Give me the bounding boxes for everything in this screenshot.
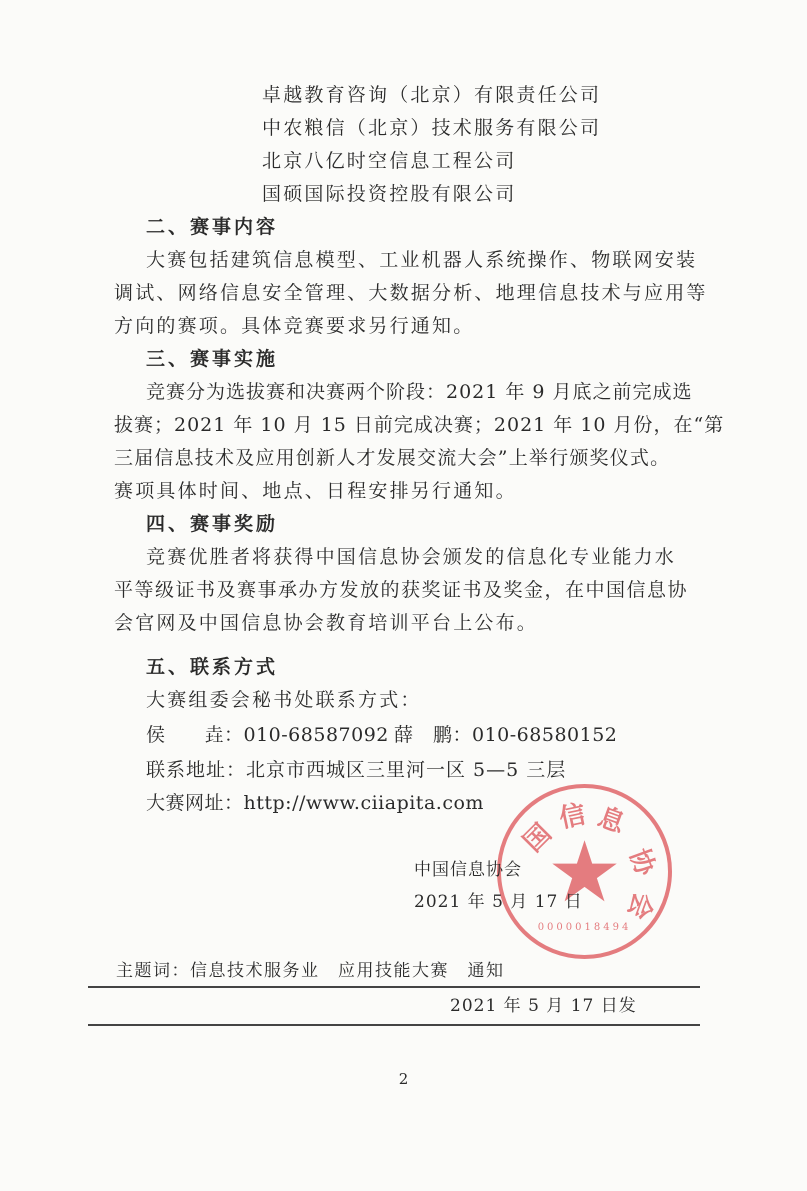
paragraph-line: 竞赛优胜者将获得中国信息协会颁发的信息化专业能力水: [146, 545, 676, 569]
section-heading: 三、赛事实施: [146, 347, 278, 371]
company-line: 卓越教育咨询（北京）有限责任公司: [262, 83, 601, 107]
contact-hou: 侯 垚：010-68587092: [146, 723, 389, 747]
divider: [88, 986, 700, 988]
paragraph-line: 竞赛分为选拔赛和决赛两个阶段：2021 年 9 月底之前完成选: [146, 380, 693, 404]
official-seal: ★ 国 信 息 协 会 0000018494: [497, 784, 672, 959]
company-line: 国硕国际投资控股有限公司: [262, 182, 516, 206]
contact-website: 大赛网址：http://www.ciiapita.com: [146, 791, 484, 815]
paragraph-line: 方向的赛项。具体竞赛要求另行通知。: [114, 314, 474, 338]
issue-date: 2021 年 5 月 17 日发: [450, 994, 637, 1018]
paragraph-line: 拔赛；2021 年 10 月 15 日前完成决赛；2021 年 10 月份，在“…: [114, 413, 724, 437]
signature-org: 中国信息协会: [414, 858, 522, 882]
contact-intro: 大赛组委会秘书处联系方式：: [146, 688, 422, 712]
signature-date: 2021 年 5 月 17 日: [414, 890, 583, 914]
company-line: 北京八亿时空信息工程公司: [262, 149, 516, 173]
paragraph-line: 调试、网络信息安全管理、大数据分析、地理信息技术与应用等: [114, 281, 708, 305]
section-heading: 五、联系方式: [146, 655, 278, 679]
contact-xue: 薛 鹏：010-68580152: [394, 723, 617, 747]
section-heading: 二、赛事内容: [146, 215, 278, 239]
paragraph-line: 赛项具体时间、地点、日程安排另行通知。: [114, 479, 517, 503]
paragraph-line: 会官网及中国信息协会教育培训平台上公布。: [114, 611, 538, 635]
paragraph-line: 三届信息技术及应用创新人才发展交流大会”上举行颁奖仪式。: [114, 446, 670, 470]
contact-address: 联系地址：北京市西城区三里河一区 5—5 三层: [146, 758, 566, 782]
company-line: 中农粮信（北京）技术服务有限公司: [262, 116, 601, 140]
page-number: 2: [0, 1070, 807, 1088]
paragraph-line: 平等级证书及赛事承办方发放的获奖证书及奖金，在中国信息协: [114, 578, 688, 602]
paragraph-line: 大赛包括建筑信息模型、工业机器人系统操作、物联网安装: [146, 248, 697, 272]
divider: [88, 1024, 700, 1026]
section-heading: 四、赛事奖励: [146, 512, 278, 536]
keywords: 主题词：信息技术服务业 应用技能大赛 通知: [116, 959, 505, 983]
